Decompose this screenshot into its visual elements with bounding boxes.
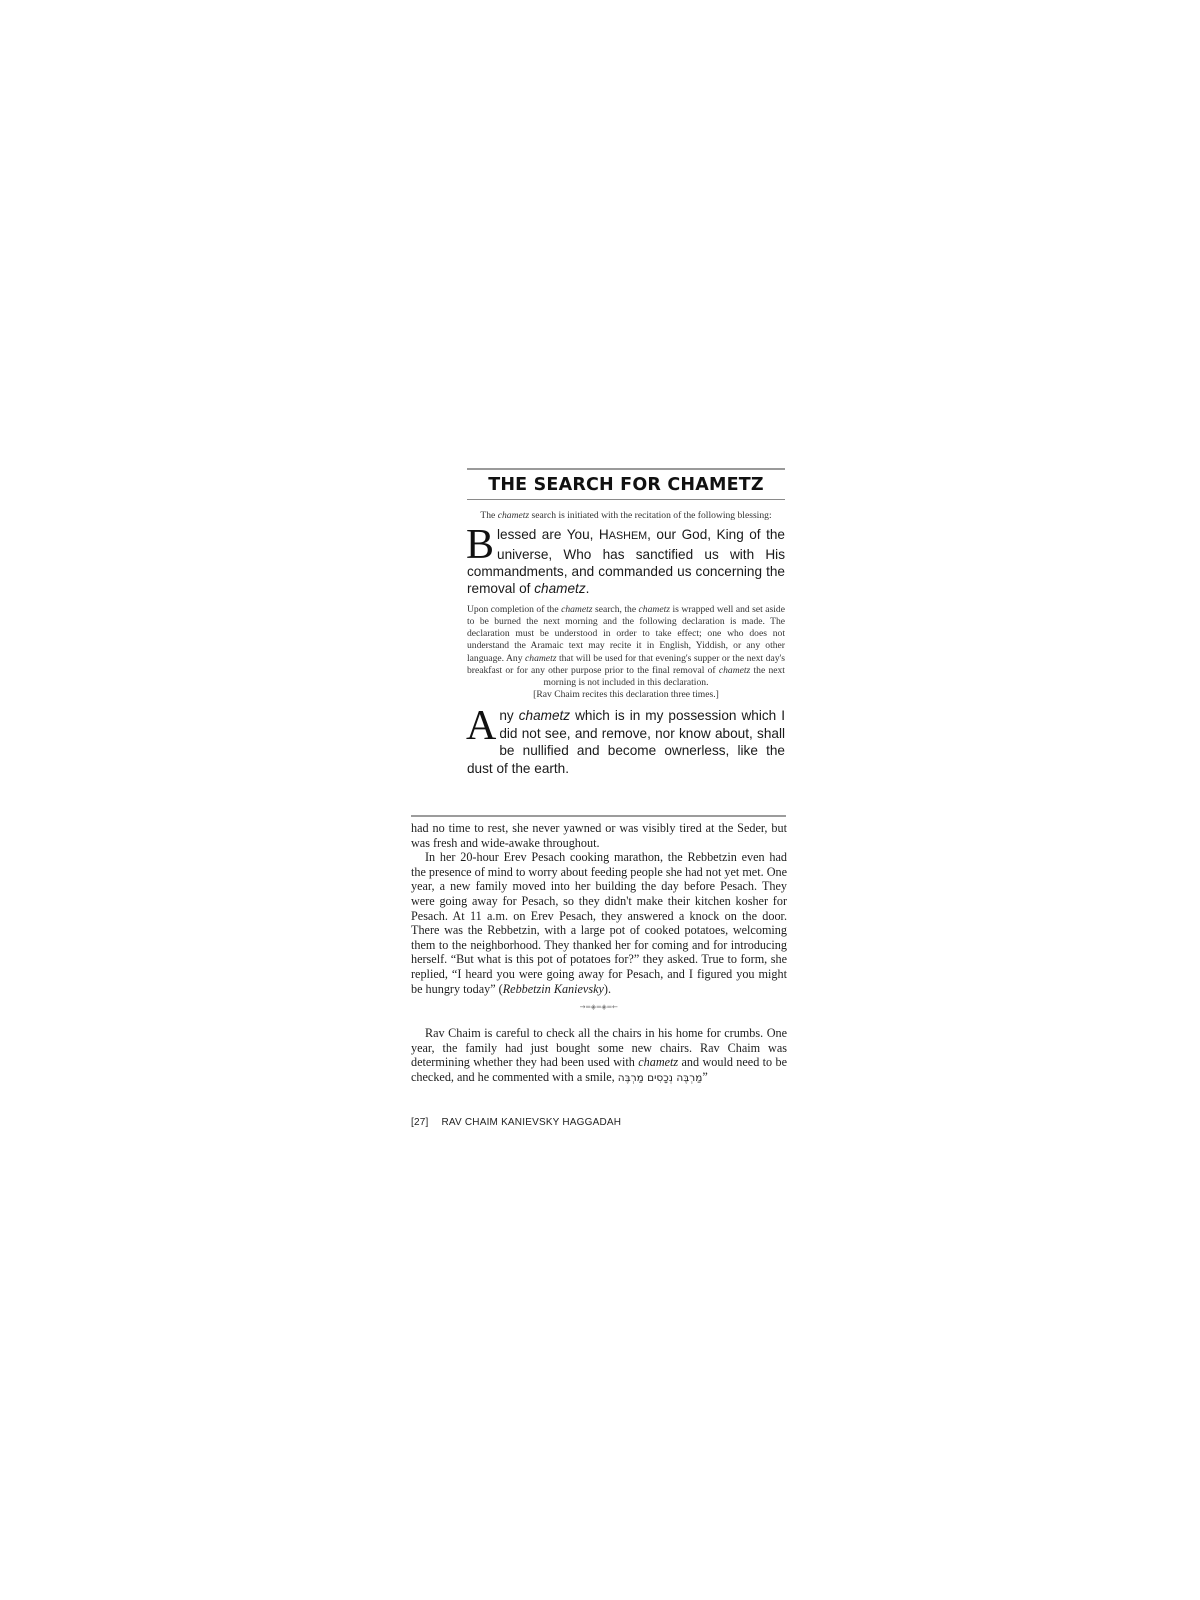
declaration-text: Any chametz which is in my possession wh… [467, 707, 785, 777]
ornament-divider-icon: →═◈═◈═← [411, 1001, 787, 1013]
declaration-instruction: Upon completion of the chametz search, t… [467, 604, 785, 689]
page-footer: [27] RAV CHAIM KANIEVSKY HAGGADAH [411, 1117, 621, 1128]
drop-cap-a: A [466, 709, 496, 743]
body-text: had no time to rest, she never yawned or… [411, 821, 787, 1086]
book-page: THE SEARCH FOR CHAMETZ The chametz searc… [0, 0, 1200, 1600]
section-divider [411, 815, 786, 817]
recitation-note: [Rav Chaim recites this declaration thre… [467, 689, 785, 701]
blessing-text: Blessed are You, HASHEM, our God, King o… [467, 526, 785, 598]
running-title: RAV CHAIM KANIEVSKY HAGGADAH [441, 1117, 621, 1128]
paragraph-rebbetzin: In her 20-hour Erev Pesach cooking marat… [411, 850, 787, 996]
blessing-instruction: The chametz search is initiated with the… [479, 510, 773, 522]
section-title: THE SEARCH FOR CHAMETZ [467, 470, 785, 499]
hebrew-quote: מַרְבֶּה נְכָסִים מַרְבֶּה [618, 1072, 703, 1084]
chametz-search-box: THE SEARCH FOR CHAMETZ The chametz searc… [467, 468, 785, 777]
paragraph-chairs: Rav Chaim is careful to check all the ch… [411, 1026, 787, 1085]
paragraph-continued: had no time to rest, she never yawned or… [411, 821, 787, 850]
page-number: [27] [411, 1117, 428, 1128]
hashem-smallcaps: HASHEM [599, 527, 647, 542]
drop-cap-b: B [466, 528, 494, 562]
title-underline [467, 499, 785, 500]
